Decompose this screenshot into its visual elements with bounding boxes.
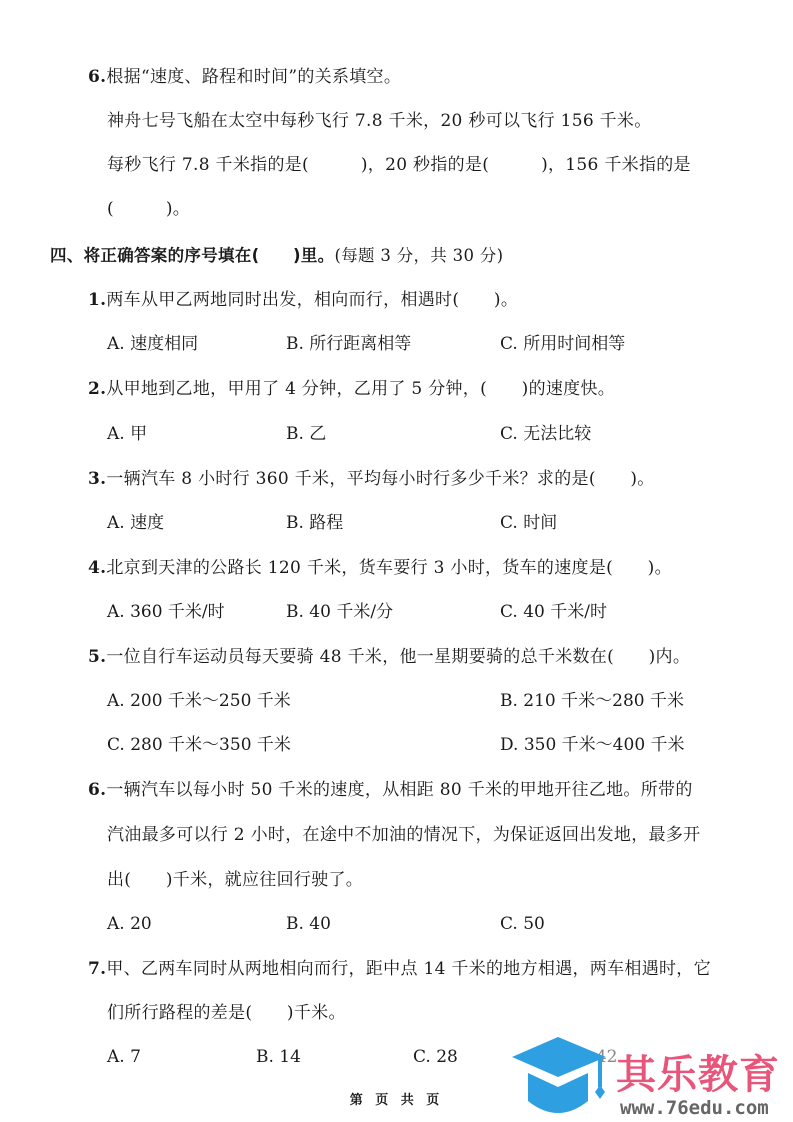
section-title: 四、将正确答案的序号填在( )里。 xyxy=(50,246,334,265)
section-score: (每题 3 分，共 30 分) xyxy=(334,246,503,265)
q7-option-a: A. 7 xyxy=(107,1047,141,1067)
q6-fill-prompt: 6.根据“速度、路程和时间”的关系填空。 xyxy=(88,67,401,87)
q6-option-a: A. 20 xyxy=(107,914,152,934)
question-text: 一位自行车运动员每天要骑 48 千米，他一星期要骑的总千米数在( )内。 xyxy=(106,647,690,667)
question-4: 4.北京到天津的公路长 120 千米，货车要行 3 小时，货车的速度是( )。 xyxy=(88,558,672,578)
question-6-line2: 汽油最多可以行 2 小时，在途中不加油的情况下，为保证返回出发地，最多开 xyxy=(107,825,700,845)
q1-option-a: A. 速度相同 xyxy=(107,334,198,354)
q6-option-b: B. 40 xyxy=(286,914,331,934)
q1-option-c: C. 所用时间相等 xyxy=(500,334,625,354)
question-number: 6. xyxy=(88,67,106,87)
question-text: 一辆汽车以每小时 50 千米的速度，从相距 80 千米的甲地开往乙地。所带的 xyxy=(106,780,692,800)
question-text: 北京到天津的公路长 120 千米，货车要行 3 小时，货车的速度是( )。 xyxy=(106,558,672,578)
watermark-logo: 其乐教育 www.76edu.com xyxy=(508,1035,793,1122)
q5-option-c: C. 280 千米～350 千米 xyxy=(107,735,291,755)
q6-option-c: C. 50 xyxy=(500,914,545,934)
question-number: 3. xyxy=(88,469,106,489)
q7-option-c: C. 28 xyxy=(413,1047,458,1067)
q3-option-c: C. 时间 xyxy=(500,513,557,533)
q5-option-d: D. 350 千米～400 千米 xyxy=(500,735,685,755)
q1-option-b: B. 所行距离相等 xyxy=(286,334,411,354)
question-5: 5.一位自行车运动员每天要骑 48 千米，他一星期要骑的总千米数在( )内。 xyxy=(88,647,690,667)
brand-url: www.76edu.com xyxy=(620,1097,769,1119)
q4-option-c: C. 40 千米/时 xyxy=(500,602,607,622)
q4-option-b: B. 40 千米/分 xyxy=(286,602,393,622)
question-1: 1.两车从甲乙两地同时出发，相向而行，相遇时( )。 xyxy=(88,290,518,310)
q2-option-b: B. 乙 xyxy=(286,424,326,444)
question-text: 从甲地到乙地，甲用了 4 分钟，乙用了 5 分钟，( )的速度快。 xyxy=(106,379,615,399)
question-number: 5. xyxy=(88,647,106,667)
q4-option-a: A. 360 千米/时 xyxy=(107,602,225,622)
q2-option-c: C. 无法比较 xyxy=(500,424,591,444)
q3-option-a: A. 速度 xyxy=(107,513,164,533)
brand-name: 其乐教育 xyxy=(616,1043,780,1100)
question-number: 6. xyxy=(88,780,106,800)
question-7: 7.甲、乙两车同时从两地相向而行，距中点 14 千米的地方相遇，两车相遇时，它 xyxy=(88,959,711,979)
q6-fill-line2: 每秒飞行 7.8 千米指的是( )，20 秒指的是( )，156 千米指的是 xyxy=(107,155,691,175)
q2-option-a: A. 甲 xyxy=(107,424,147,444)
question-text: 两车从甲乙两地同时出发，相向而行，相遇时( )。 xyxy=(106,290,518,310)
q3-option-b: B. 路程 xyxy=(286,513,343,533)
section-4-heading: 四、将正确答案的序号填在( )里。(每题 3 分，共 30 分) xyxy=(50,246,503,266)
graduation-cap-icon xyxy=(508,1035,618,1122)
q6-fill-line1: 神舟七号飞船在太空中每秒飞行 7.8 千米，20 秒可以飞行 156 千米。 xyxy=(107,111,652,131)
q5-option-b: B. 210 千米～280 千米 xyxy=(500,691,684,711)
q6-fill-line3: ( )。 xyxy=(107,199,190,219)
question-text: 甲、乙两车同时从两地相向而行，距中点 14 千米的地方相遇，两车相遇时，它 xyxy=(106,959,711,979)
question-7-line2: 们所行路程的差是( )千米。 xyxy=(107,1003,346,1023)
question-6-line3: 出( )千米，就应往回行驶了。 xyxy=(107,870,363,890)
q7-option-b: B. 14 xyxy=(256,1047,301,1067)
question-number: 2. xyxy=(88,379,106,399)
question-text: 根据“速度、路程和时间”的关系填空。 xyxy=(106,67,401,87)
question-3: 3.一辆汽车 8 小时行 360 千米，平均每小时行多少千米？求的是( )。 xyxy=(88,469,655,489)
question-number: 7. xyxy=(88,959,106,979)
q5-option-a: A. 200 千米～250 千米 xyxy=(107,691,291,711)
question-2: 2.从甲地到乙地，甲用了 4 分钟，乙用了 5 分钟，( )的速度快。 xyxy=(88,379,615,399)
question-text: 一辆汽车 8 小时行 360 千米，平均每小时行多少千米？求的是( )。 xyxy=(106,469,654,489)
question-number: 1. xyxy=(88,290,106,310)
question-6: 6.一辆汽车以每小时 50 千米的速度，从相距 80 千米的甲地开往乙地。所带的 xyxy=(88,780,693,800)
question-number: 4. xyxy=(88,558,106,578)
